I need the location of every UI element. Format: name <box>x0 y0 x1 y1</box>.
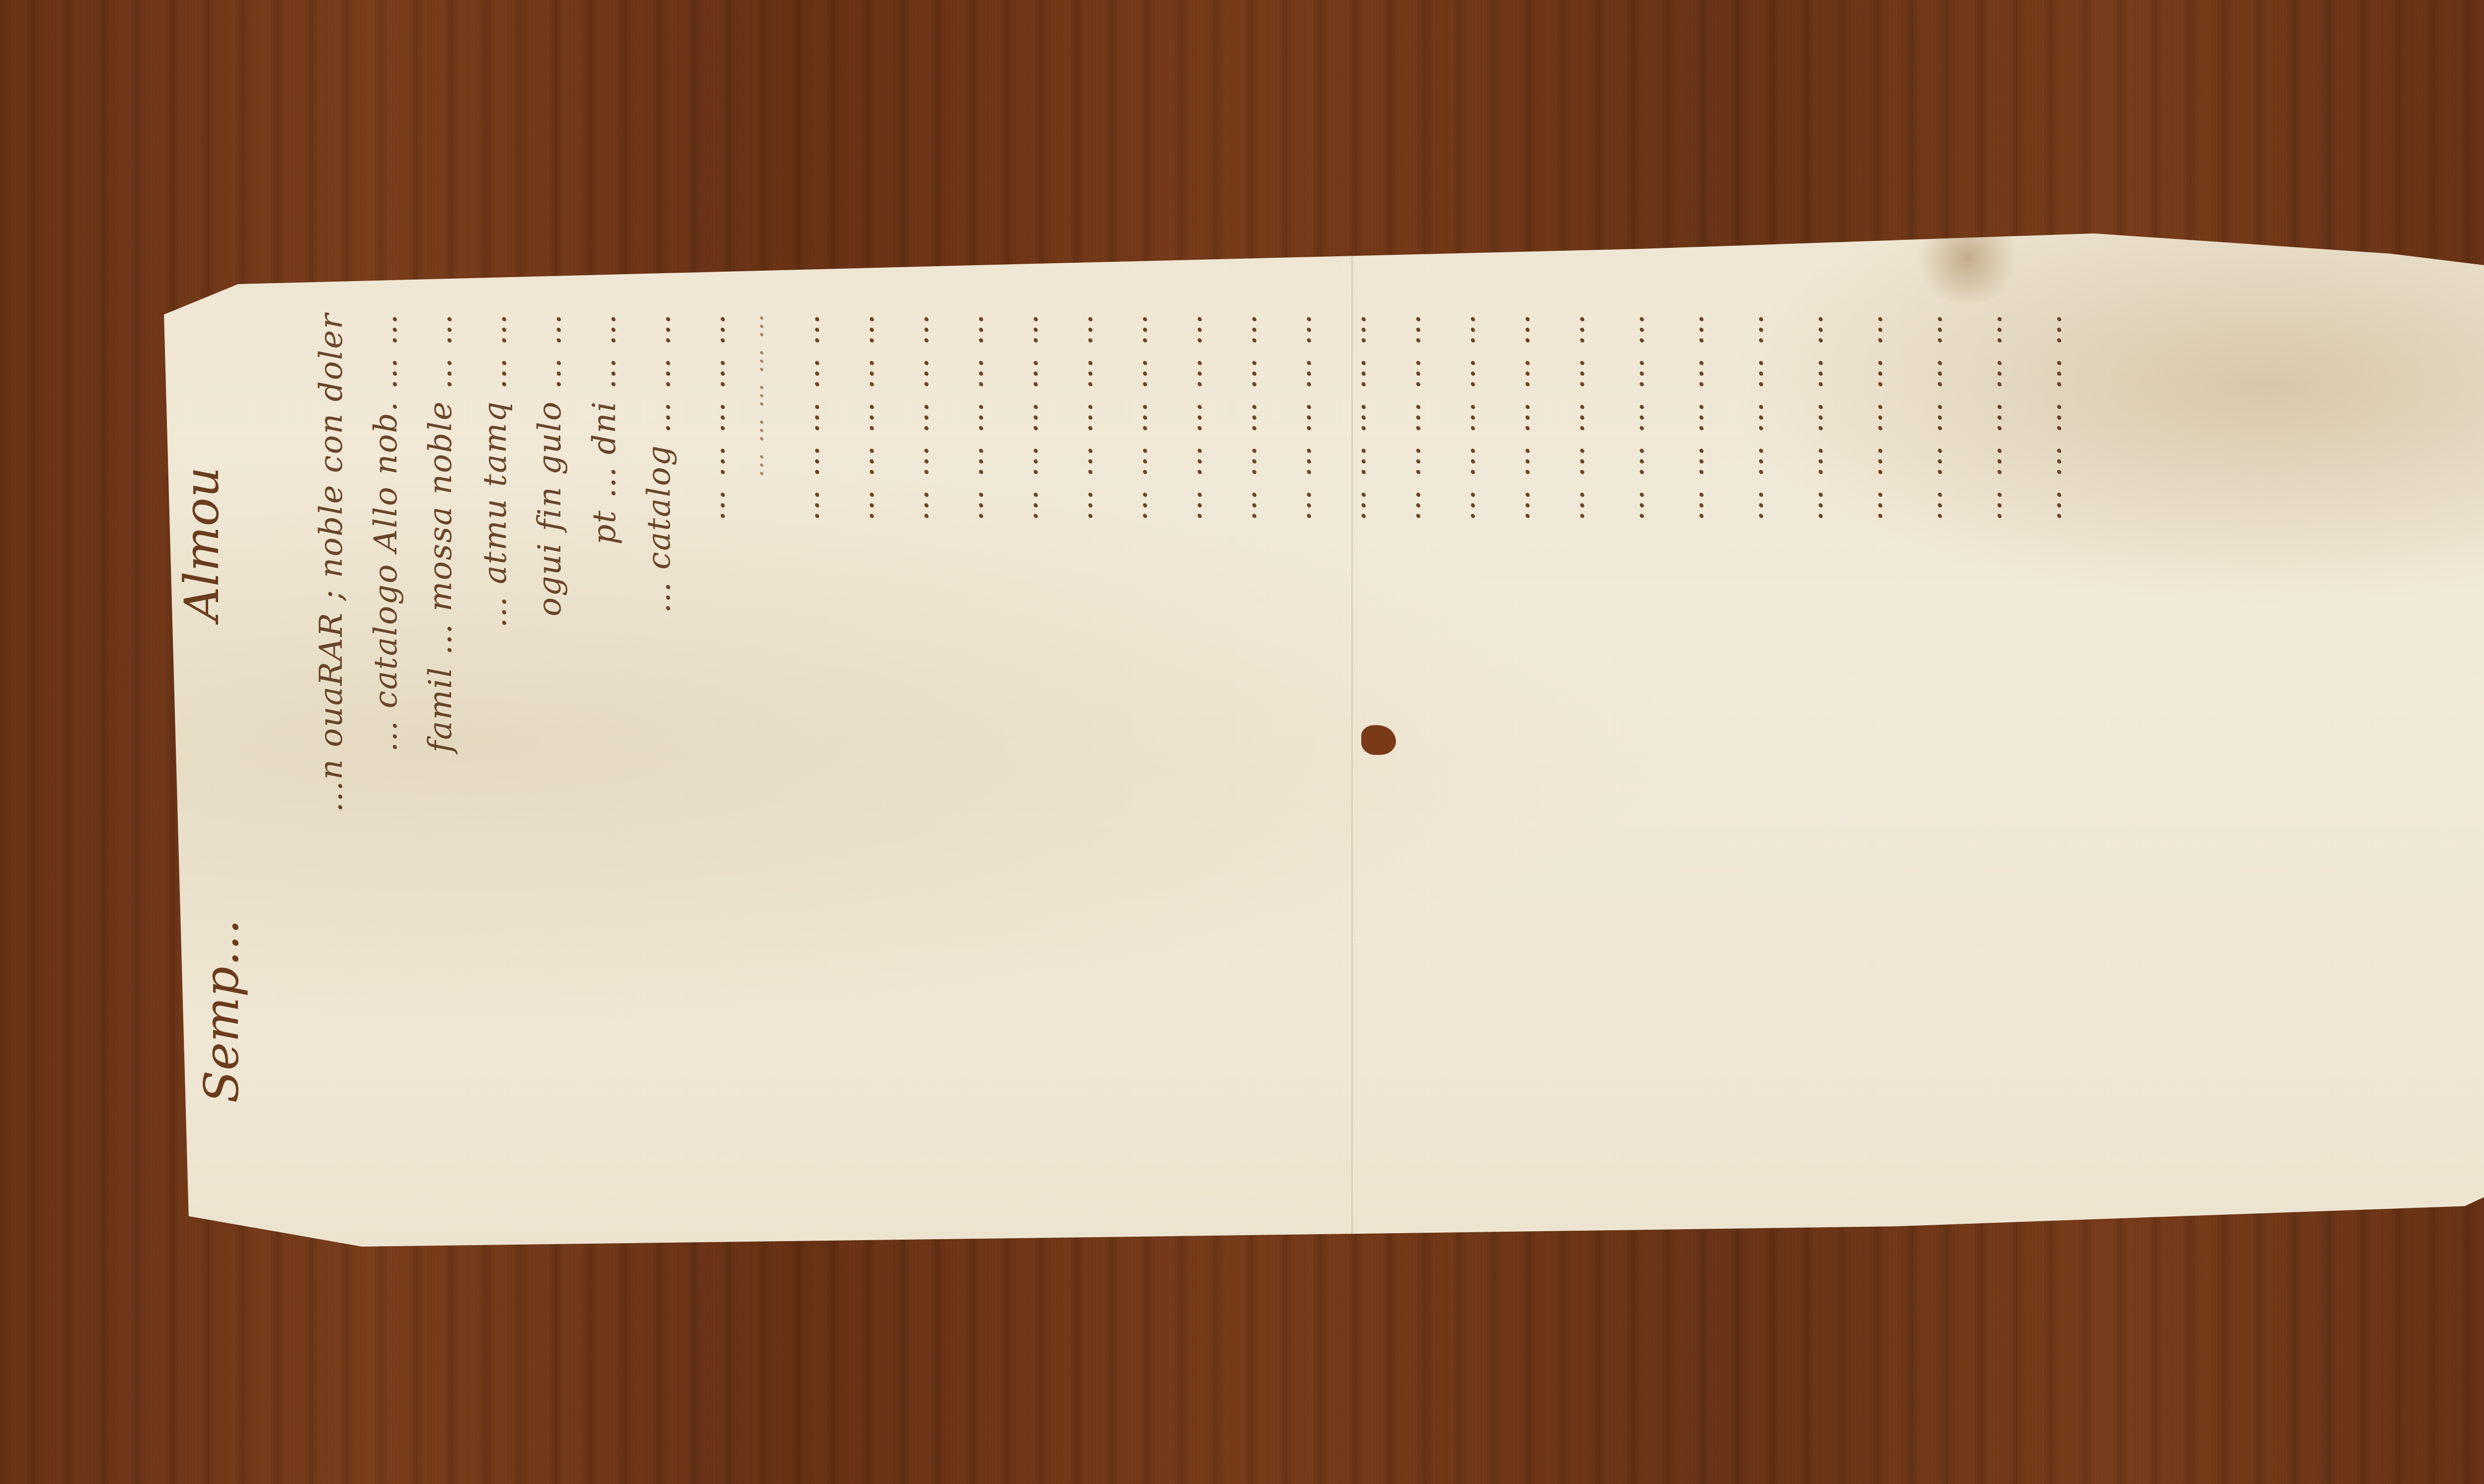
text-line: … … … … … <box>1913 313 1949 521</box>
text-line: … … … … … <box>1446 313 1482 521</box>
text-line: … … … … … <box>845 313 881 521</box>
text-line: … … … … … <box>1227 313 1264 521</box>
text-line: … … … … … <box>1555 313 1592 521</box>
photo-scene: { "scene": { "description": "Photograph … <box>0 0 2484 1484</box>
text-line: … … … … … <box>1615 313 1651 521</box>
text-line: … … … … … <box>1793 313 1830 521</box>
text-line: … … … … … <box>1336 313 1373 521</box>
text-line: … … … … … <box>954 313 991 521</box>
text-line: pt … dni … … <box>586 313 623 545</box>
manuscript-sheet: Semp… Almou 98 …n ouaRAR ; noble con dol… <box>164 233 2484 1247</box>
text-line: … … … … … <box>2032 313 2069 521</box>
page-marker: 98 <box>45 1187 79 1225</box>
text-line: … … … … … <box>1853 313 1890 521</box>
text-line: … … … … … <box>696 313 732 521</box>
text-line: … … … … … <box>790 313 827 521</box>
text-line: … … … … … <box>1391 313 1428 521</box>
text-line: famil … mossa noble … … <box>422 313 459 752</box>
text-line: … … … … … <box>1282 313 1319 521</box>
text-line: … … … … … <box>1734 313 1771 521</box>
text-line: …n ouaRAR ; noble con doler <box>313 313 350 813</box>
text-line: … … … … … <box>899 313 936 521</box>
text-line: … … … … … <box>740 313 769 478</box>
text-line: … … … … … <box>1063 313 1100 521</box>
text-line: … … … … … <box>1172 313 1209 521</box>
text-line: … catalogo Allo nob. … … <box>368 313 404 752</box>
text-line: … catalog … … … <box>641 313 678 613</box>
text-line: … … … … … <box>1972 313 2009 521</box>
text-lines: …n ouaRAR ; noble con doler … catalogo A… <box>164 233 2484 1247</box>
text-line: … … … … … <box>1674 313 1711 521</box>
text-line: … … … … … <box>1500 313 1537 521</box>
text-line: … … … … … <box>1009 313 1045 521</box>
text-line: … … … … … <box>1118 313 1155 521</box>
text-line: … atmu tamq … … <box>477 313 514 628</box>
text-line: ogui fin gulo … … <box>532 313 568 616</box>
